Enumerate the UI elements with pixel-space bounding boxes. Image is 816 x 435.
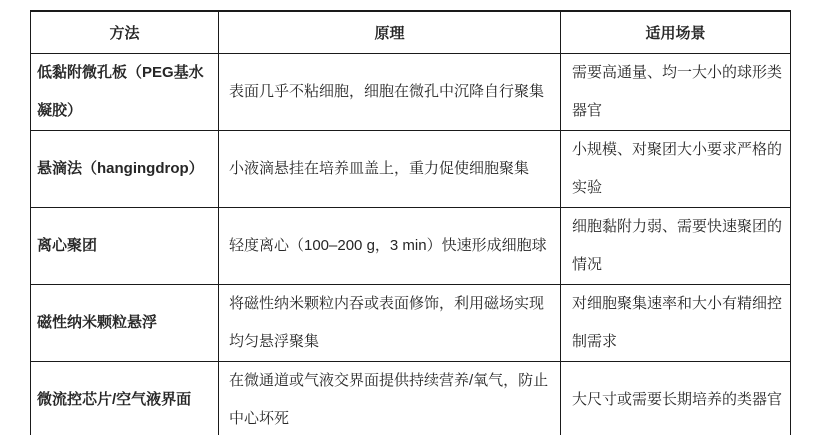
cell-scenario: 大尺寸或需要长期培养的类器官 [561, 361, 791, 435]
cell-principle: 表面几乎不粘细胞，细胞在微孔中沉降自行聚集 [219, 53, 561, 130]
cell-principle: 将磁性纳米颗粒内吞或表面修饰，利用磁场实现均匀悬浮聚集 [219, 284, 561, 361]
cell-scenario: 细胞黏附力弱、需要快速聚团的情况 [561, 207, 791, 284]
table-row: 磁性纳米颗粒悬浮 将磁性纳米颗粒内吞或表面修饰，利用磁场实现均匀悬浮聚集 对细胞… [31, 284, 791, 361]
header-method: 方法 [31, 11, 219, 53]
table-row: 微流控芯片/空气液界面 在微通道或气液交界面提供持续营养/氧气，防止中心坏死 大… [31, 361, 791, 435]
cell-method: 磁性纳米颗粒悬浮 [31, 284, 219, 361]
table-row: 悬滴法（hangingdrop） 小液滴悬挂在培养皿盖上，重力促使细胞聚集 小规… [31, 130, 791, 207]
methods-table: 方法 原理 适用场景 低黏附微孔板（PEG基水凝胶） 表面几乎不粘细胞，细胞在微… [30, 10, 791, 435]
header-row: 方法 原理 适用场景 [31, 11, 791, 53]
header-principle: 原理 [219, 11, 561, 53]
cell-scenario: 需要高通量、均一大小的球形类器官 [561, 53, 791, 130]
table-row: 离心聚团 轻度离心（100–200 g，3 min）快速形成细胞球 细胞黏附力弱… [31, 207, 791, 284]
header-scenario: 适用场景 [561, 11, 791, 53]
cell-method: 低黏附微孔板（PEG基水凝胶） [31, 53, 219, 130]
cell-method: 悬滴法（hangingdrop） [31, 130, 219, 207]
cell-principle: 轻度离心（100–200 g，3 min）快速形成细胞球 [219, 207, 561, 284]
cell-method: 离心聚团 [31, 207, 219, 284]
cell-scenario: 对细胞聚集速率和大小有精细控制需求 [561, 284, 791, 361]
cell-scenario: 小规模、对聚团大小要求严格的实验 [561, 130, 791, 207]
table-body: 低黏附微孔板（PEG基水凝胶） 表面几乎不粘细胞，细胞在微孔中沉降自行聚集 需要… [31, 53, 791, 435]
table-row: 低黏附微孔板（PEG基水凝胶） 表面几乎不粘细胞，细胞在微孔中沉降自行聚集 需要… [31, 53, 791, 130]
table-header: 方法 原理 适用场景 [31, 11, 791, 53]
cell-principle: 小液滴悬挂在培养皿盖上，重力促使细胞聚集 [219, 130, 561, 207]
cell-principle: 在微通道或气液交界面提供持续营养/氧气，防止中心坏死 [219, 361, 561, 435]
cell-method: 微流控芯片/空气液界面 [31, 361, 219, 435]
